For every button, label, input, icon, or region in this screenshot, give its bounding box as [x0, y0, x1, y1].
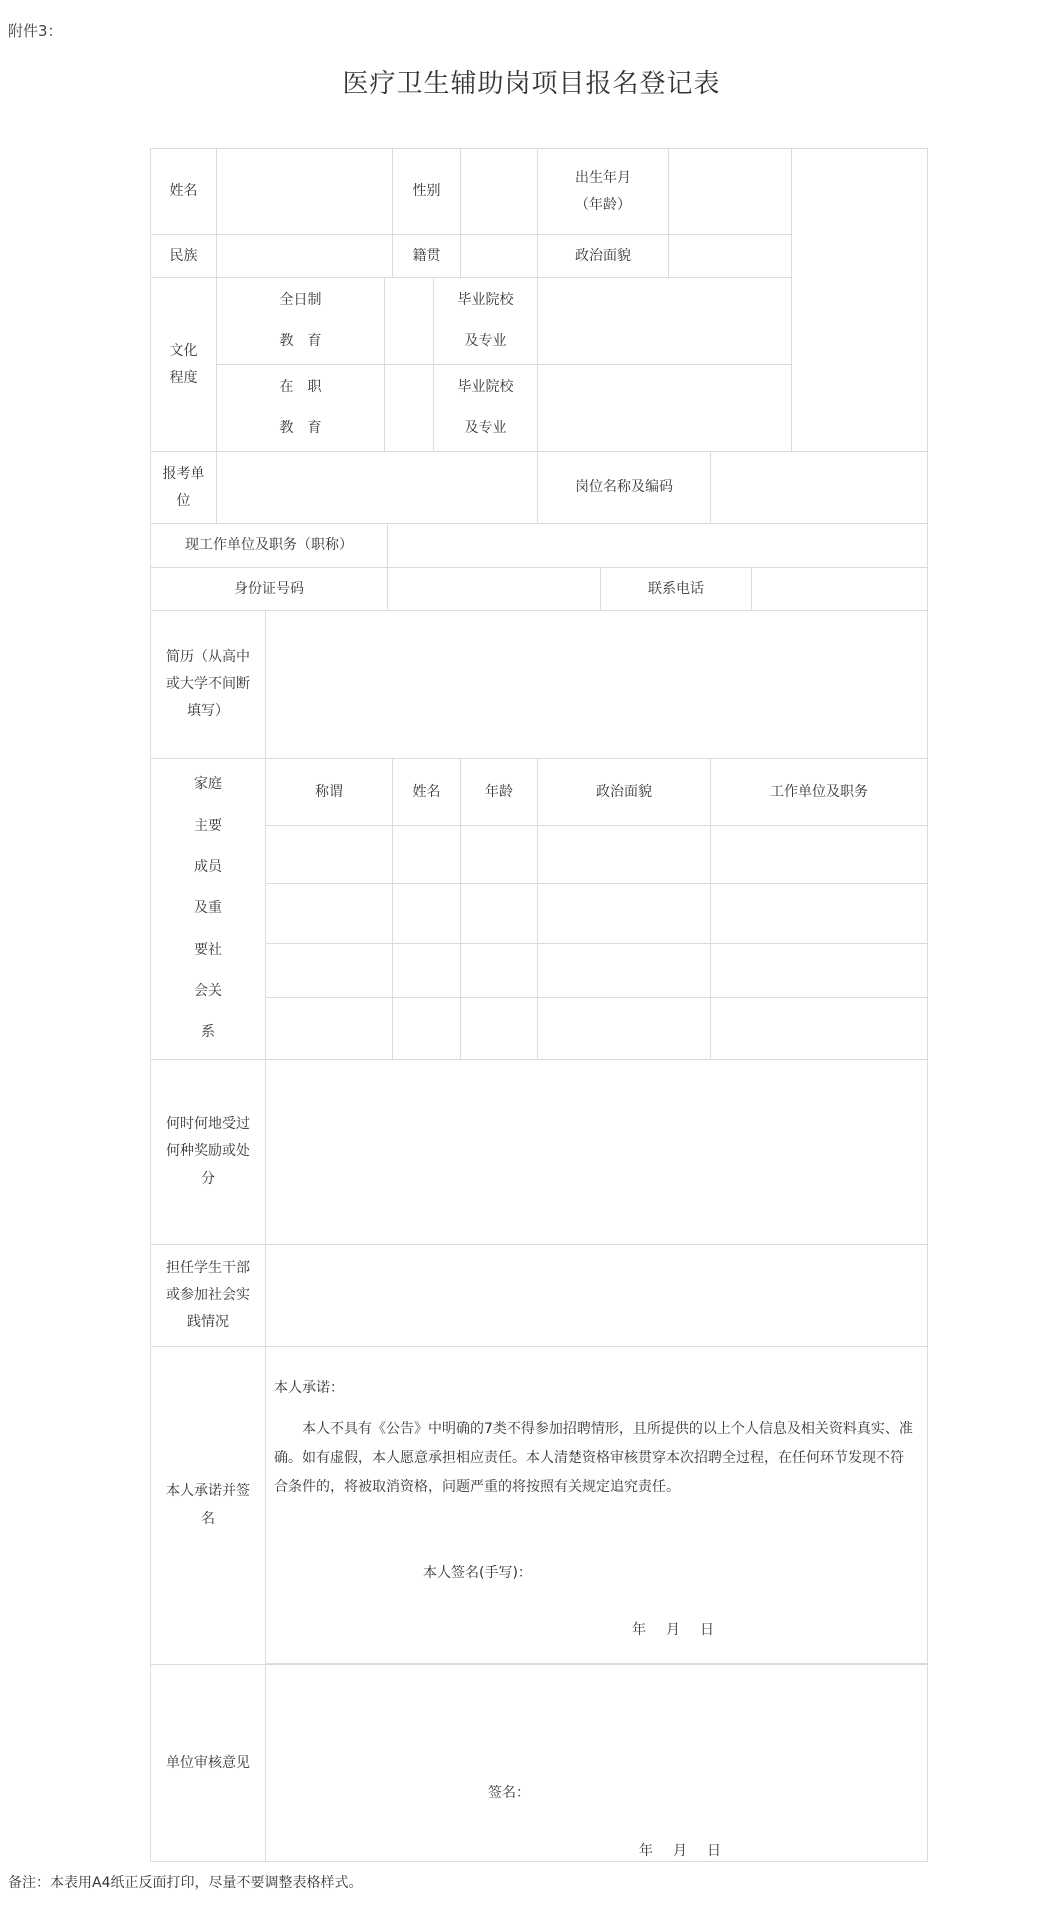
name-label: 姓名 — [150, 148, 217, 235]
family-members-label: 家庭主要成员及重要社会关系 — [150, 758, 266, 1060]
family-row-4-name[interactable] — [392, 997, 461, 1060]
family-row-3-age[interactable] — [460, 943, 538, 998]
family-row-4-political-status[interactable] — [537, 997, 711, 1060]
awards-label: 何时何地受过何种奖励或处分 — [150, 1059, 266, 1245]
name-field[interactable] — [216, 148, 393, 235]
applied-unit-label: 报考单位 — [150, 451, 217, 524]
applied-unit-field[interactable] — [216, 451, 538, 524]
family-header-relation: 称谓 — [265, 758, 393, 826]
current-job-label: 现工作单位及职务（职称） — [150, 523, 388, 568]
family-row-3-name[interactable] — [392, 943, 461, 998]
attachment-label: 附件3： — [8, 20, 63, 41]
footnote: 备注：本表用A4纸正反面打印，尽量不要调整表格样式。 — [8, 1872, 362, 1892]
fulltime-education-field[interactable] — [384, 277, 434, 365]
fulltime-school-field[interactable] — [537, 277, 792, 365]
pledge-label: 本人承诺并签名 — [150, 1346, 266, 1665]
fulltime-education-label: 全日制教 育 — [216, 277, 385, 365]
inservice-school-field[interactable] — [537, 364, 792, 452]
birth-date-field[interactable] — [668, 148, 792, 235]
education-label: 文化程度 — [150, 277, 217, 452]
family-header-political-status: 政治面貌 — [537, 758, 711, 826]
family-row-2-political-status[interactable] — [537, 883, 711, 944]
family-row-2-workplace[interactable] — [710, 883, 928, 944]
inservice-education-label: 在 职教 育 — [216, 364, 385, 452]
pledge-section: 本人承诺： 本人不具有《公告》中明确的7类不得参加招聘情形，且所提供的以上个人信… — [265, 1346, 928, 1664]
id-number-field[interactable] — [387, 567, 601, 611]
family-row-4-age[interactable] — [460, 997, 538, 1060]
inservice-education-field[interactable] — [384, 364, 434, 452]
gender-label: 性别 — [392, 148, 461, 235]
family-row-2-age[interactable] — [460, 883, 538, 944]
fulltime-school-label: 毕业院校及专业 — [433, 277, 538, 365]
family-row-3-relation[interactable] — [265, 943, 393, 998]
birth-date-label: 出生年月（年龄） — [537, 148, 669, 235]
position-field[interactable] — [710, 451, 928, 524]
resume-label: 简历（从高中或大学不间断填写） — [150, 610, 266, 759]
pledge-signature-label: 本人签名(手写)： — [423, 1562, 532, 1582]
resume-field[interactable] — [265, 610, 928, 759]
family-row-2-relation[interactable] — [265, 883, 393, 944]
student-cadre-field[interactable] — [265, 1244, 928, 1347]
native-place-field[interactable] — [460, 234, 538, 278]
family-row-3-workplace[interactable] — [710, 943, 928, 998]
awards-field[interactable] — [265, 1059, 928, 1245]
phone-field[interactable] — [751, 567, 928, 611]
inservice-school-label: 毕业院校及专业 — [433, 364, 538, 452]
unit-review-section[interactable]: 签名： 年月日 — [265, 1664, 928, 1862]
unit-review-label: 单位审核意见 — [150, 1664, 266, 1862]
family-row-3-political-status[interactable] — [537, 943, 711, 998]
family-row-1-workplace[interactable] — [710, 825, 928, 884]
id-number-label: 身份证号码 — [150, 567, 388, 611]
ethnicity-label: 民族 — [150, 234, 217, 278]
family-row-2-name[interactable] — [392, 883, 461, 944]
family-header-age: 年龄 — [460, 758, 538, 826]
gender-field[interactable] — [460, 148, 538, 235]
pledge-heading: 本人承诺： — [274, 1377, 344, 1397]
native-place-label: 籍贯 — [392, 234, 461, 278]
phone-label: 联系电话 — [600, 567, 752, 611]
position-label: 岗位名称及编码 — [537, 451, 711, 524]
family-header-name: 姓名 — [392, 758, 461, 826]
review-date: 年月日 — [639, 1840, 721, 1860]
family-row-4-relation[interactable] — [265, 997, 393, 1060]
current-job-field[interactable] — [387, 523, 928, 568]
family-row-1-political-status[interactable] — [537, 825, 711, 884]
family-row-1-name[interactable] — [392, 825, 461, 884]
review-signature-label: 签名： — [488, 1782, 530, 1802]
ethnicity-field[interactable] — [216, 234, 393, 278]
political-status-label: 政治面貌 — [537, 234, 669, 278]
family-row-1-age[interactable] — [460, 825, 538, 884]
pledge-date: 年月日 — [632, 1619, 714, 1639]
student-cadre-label: 担任学生干部或参加社会实践情况 — [150, 1244, 266, 1347]
family-row-1-relation[interactable] — [265, 825, 393, 884]
photo-area[interactable] — [791, 148, 928, 452]
family-row-4-workplace[interactable] — [710, 997, 928, 1060]
page-title: 医疗卫生辅助岗项目报名登记表 — [0, 63, 1063, 100]
family-header-workplace: 工作单位及职务 — [710, 758, 928, 826]
pledge-text: 本人不具有《公告》中明确的7类不得参加招聘情形，且所提供的以上个人信息及相关资料… — [274, 1415, 917, 1502]
political-status-field[interactable] — [668, 234, 792, 278]
